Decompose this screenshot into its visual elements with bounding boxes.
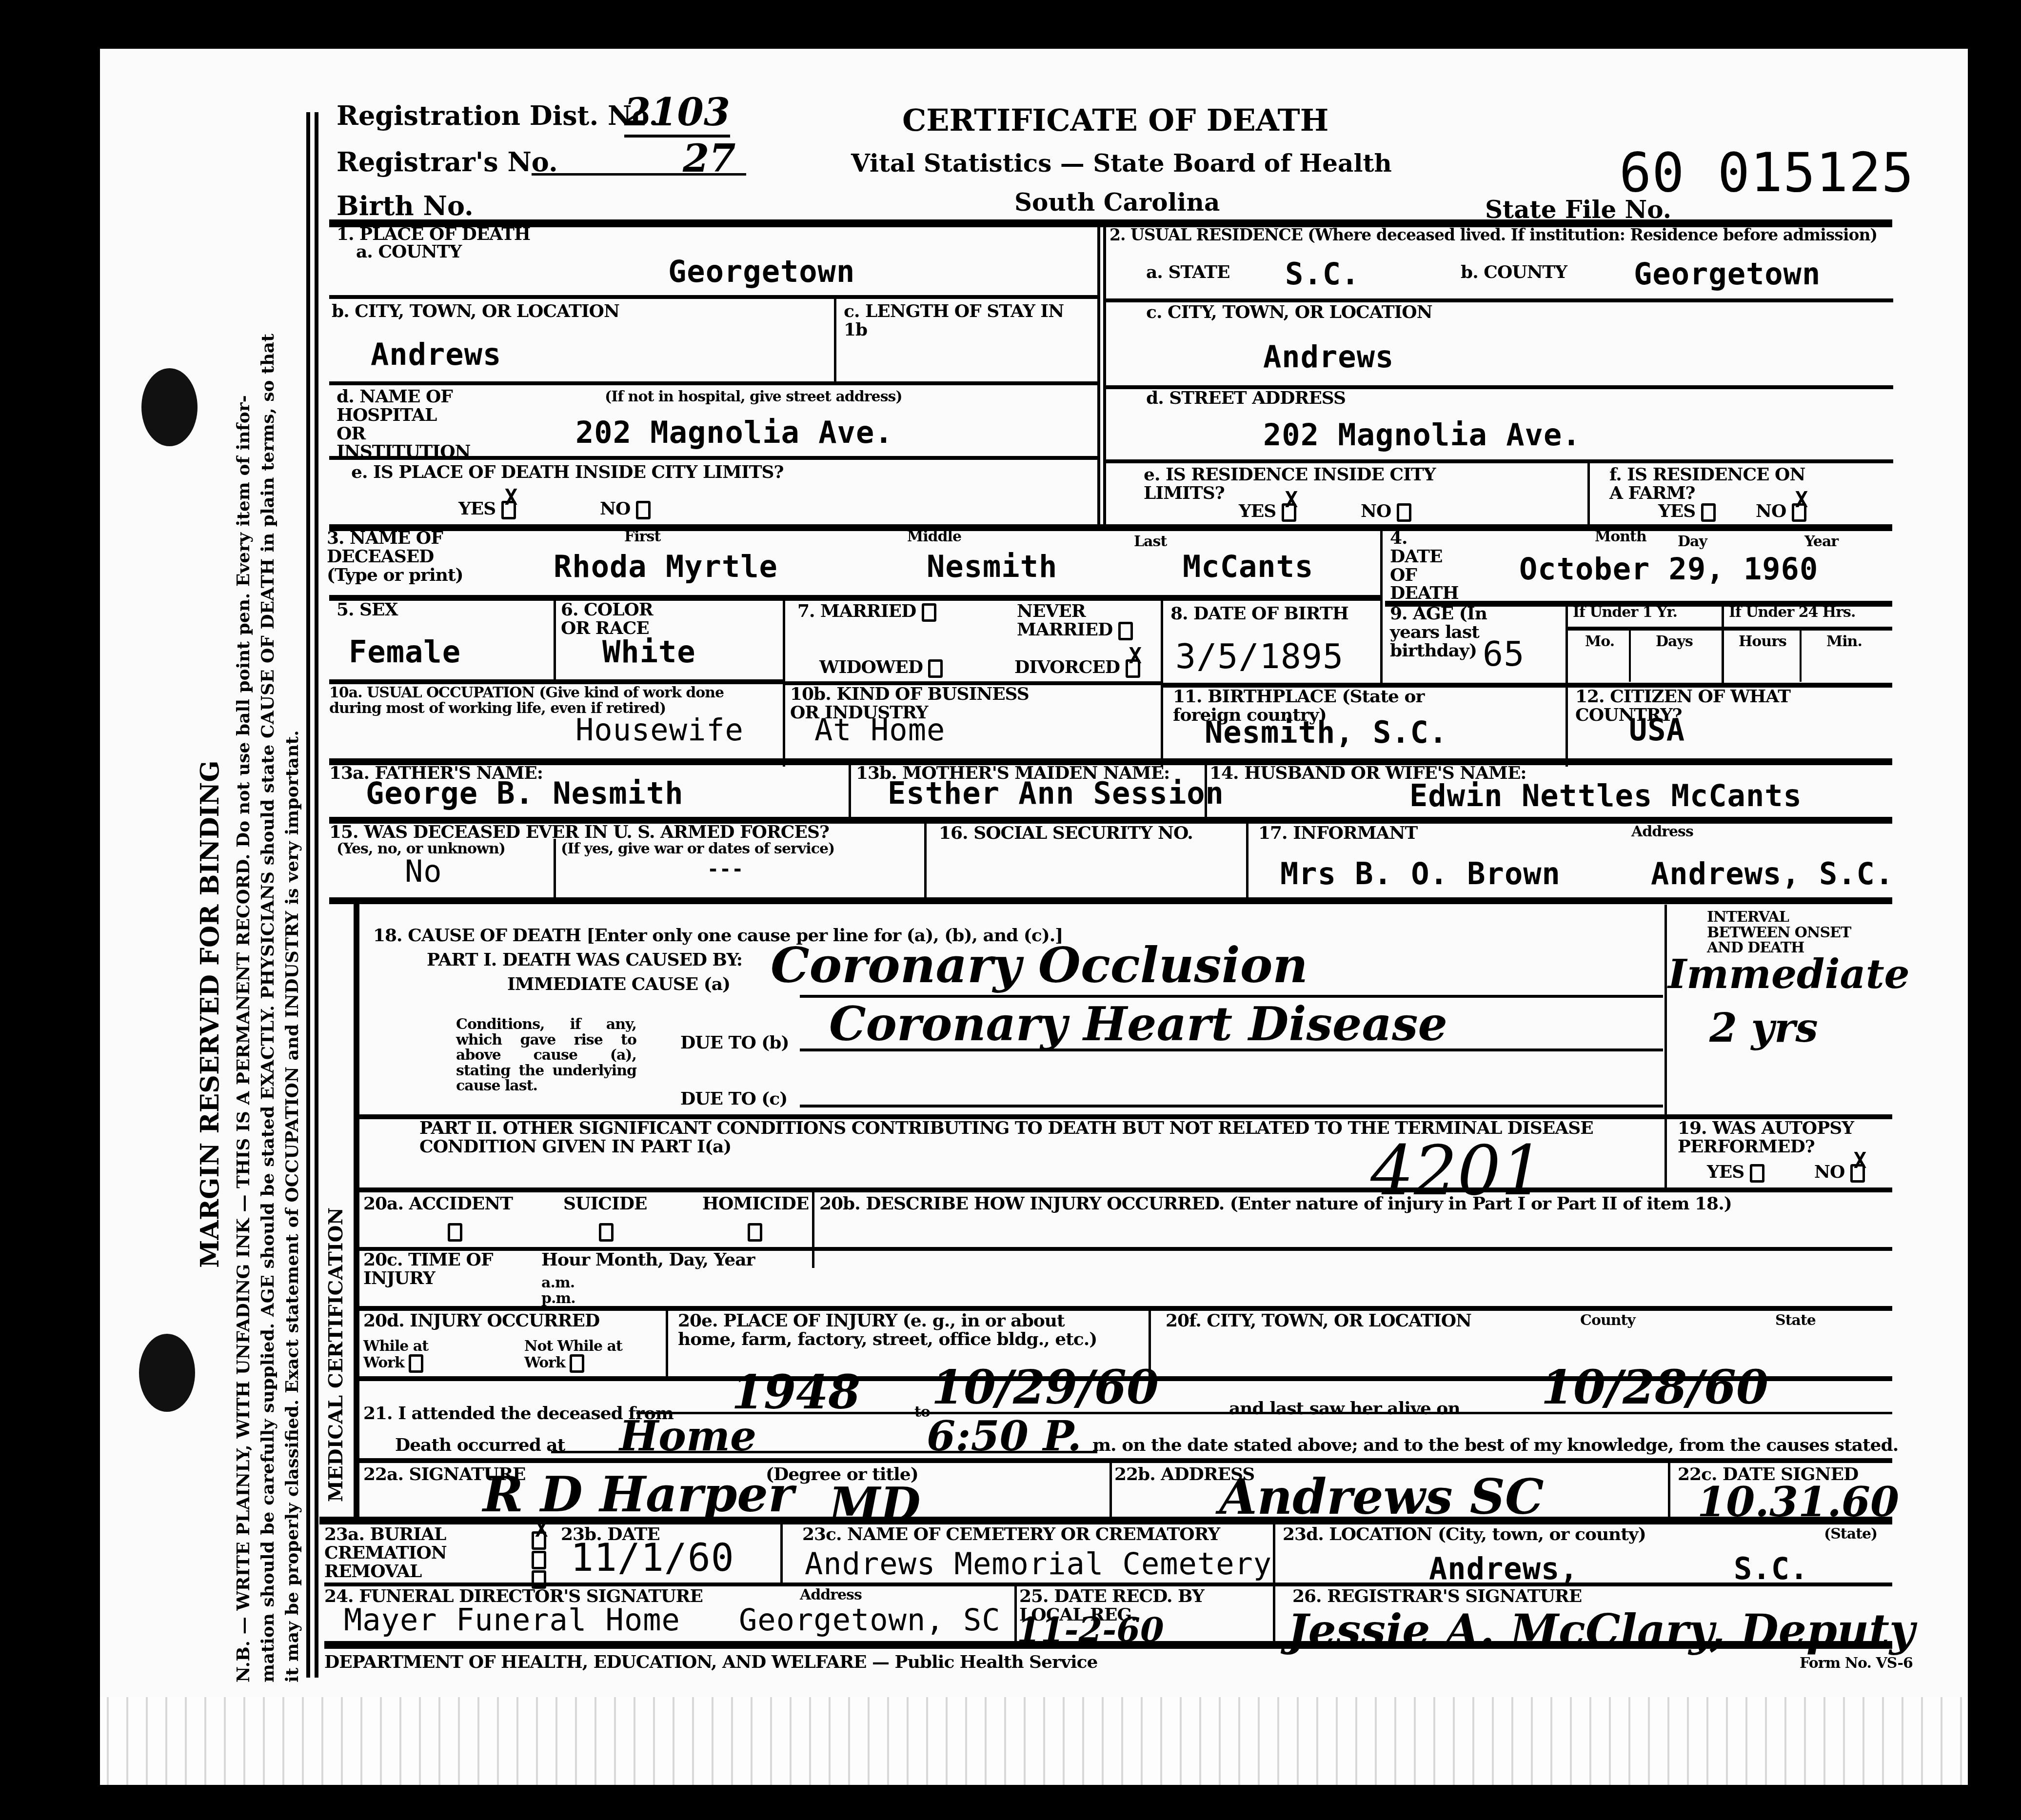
burial-state-label: (State): [1824, 1526, 1877, 1542]
certificate-state: South Carolina: [1014, 188, 1220, 217]
col-rule: [924, 823, 927, 899]
part-1-label: PART I. DEATH WAS CAUSED BY:: [427, 951, 742, 969]
state-file-number: 60 015125: [1619, 141, 1914, 204]
residence-farm-label: f. IS RESIDENCE ON A FARM?: [1609, 466, 1814, 503]
while-at-work-option[interactable]: While at Work: [363, 1339, 461, 1373]
due-to-b-value: Coronary Heart Disease: [829, 997, 1447, 1051]
section-divider: [324, 1641, 1892, 1649]
checkbox[interactable]: [1701, 503, 1716, 522]
cause-c-line: [800, 1105, 1663, 1108]
days-label: Days: [1656, 634, 1693, 650]
informant-label: 17. INFORMANT: [1258, 824, 1417, 843]
accident-checkbox[interactable]: [448, 1223, 462, 1242]
director-address-label: Address: [800, 1587, 862, 1603]
burial-type-label: 23a. BURIAL CREMATION REMOVAL: [324, 1525, 476, 1581]
registration-dist-label: Registration Dist. No.: [337, 100, 658, 131]
months-label: Mo.: [1585, 634, 1614, 650]
time-columns-label: Hour Month, Day, Year: [541, 1251, 754, 1269]
col-rule: [812, 1190, 814, 1268]
col-rule: [554, 839, 556, 900]
date-of-birth-label: 8. DATE OF BIRTH: [1170, 605, 1348, 623]
checkbox[interactable]: [1118, 622, 1133, 640]
spouse-value: Edwin Nettles McCants: [1409, 778, 1802, 813]
last-saw-label: and last saw her alive on: [1229, 1400, 1460, 1418]
deceased-first-middle: Rhoda Myrtle: [554, 549, 778, 584]
death-city-label: b. CITY, TOWN, OR LOCATION: [332, 302, 619, 321]
farm-no-option[interactable]: NO: [1756, 502, 1806, 522]
first-name-label: First: [624, 529, 660, 545]
col-rule: [1722, 601, 1724, 684]
row-rule: [1103, 459, 1893, 463]
residence-city-value: Andrews: [1263, 339, 1394, 375]
burial-date-value: 11/1/60: [571, 1536, 734, 1580]
col-rule: [1800, 631, 1802, 682]
color-race-label: 6. COLOR OR RACE: [561, 601, 678, 638]
section-1-2-divider-b: [1103, 224, 1106, 527]
death-occurred-at-label: Death occurred at: [395, 1436, 565, 1455]
attended-to-value: 10/29/60: [931, 1361, 1159, 1415]
row-rule: [329, 381, 1100, 385]
ssn-label: 16. SOCIAL SECURITY NO.: [939, 824, 1193, 843]
col-rule: [1246, 823, 1248, 899]
col-rule: [554, 601, 556, 681]
mother-value: Esther Ann Session: [888, 775, 1224, 811]
row-rule: [329, 679, 783, 684]
service-hint: (If yes, give war or dates of service): [561, 841, 834, 857]
widowed-option[interactable]: WIDOWED: [819, 658, 943, 678]
under-1-year-label: If Under 1 Yr.: [1573, 605, 1677, 620]
checkbox[interactable]: [570, 1354, 584, 1373]
stay-divider: [834, 298, 836, 381]
registration-dist-value: 2103: [624, 90, 730, 138]
section-divider: [329, 524, 1892, 531]
autopsy-label: 19. WAS AUTOPSY PERFORMED?: [1678, 1119, 1868, 1156]
row-rule: [329, 595, 1380, 601]
col-rule: [1110, 1461, 1112, 1517]
citizenship-value: USA: [1629, 712, 1685, 748]
armed-forces-value: No: [405, 853, 442, 889]
left-double-rule-a: [306, 112, 310, 1678]
medical-left-rule: [354, 902, 359, 1522]
farm-divider: [1587, 462, 1590, 526]
row-rule: [329, 456, 1100, 460]
year-label: Year: [1804, 534, 1838, 550]
checkbox-checked[interactable]: [1792, 503, 1806, 522]
cemetery-value: Andrews Memorial Cemetery: [805, 1546, 1272, 1582]
due-to-c-label: DUE TO (c): [680, 1090, 787, 1108]
father-value: George B. Nesmith: [366, 775, 684, 811]
certificate-subtitle: Vital Statistics — State Board of Health: [851, 149, 1392, 178]
checkbox[interactable]: [928, 659, 943, 678]
sex-value: Female: [349, 634, 461, 670]
death-city-value: Andrews: [371, 336, 501, 372]
row-rule: [329, 295, 1100, 299]
department-footer: DEPARTMENT OF HEALTH, EDUCATION, AND WEL…: [324, 1653, 1097, 1672]
street-address-value: 202 Magnolia Ave.: [1263, 417, 1581, 453]
death-time-suffix: m. on the date stated above; and to the …: [1092, 1436, 1898, 1455]
last-saw-value: 10/28/60: [1541, 1361, 1768, 1415]
color-race-value: White: [602, 634, 696, 670]
director-address-value: Georgetown, SC: [739, 1602, 1001, 1638]
burial-location-label: 23d. LOCATION (City, town, or county): [1283, 1525, 1646, 1544]
service-value: ---: [707, 858, 744, 881]
col-rule: [1205, 763, 1207, 819]
row-rule: [1568, 627, 1892, 631]
binding-margin-label: MARGIN RESERVED FOR BINDING: [195, 634, 225, 1268]
place-of-injury-label: 20e. PLACE OF INJURY (e. g., in or about…: [678, 1312, 1117, 1349]
col-rule: [1668, 1461, 1670, 1517]
accident-label: 20a. ACCIDENT: [363, 1195, 513, 1213]
farm-yes-option[interactable]: YES: [1658, 502, 1716, 522]
residence-city-label: c. CITY, TOWN, OR LOCATION: [1146, 303, 1432, 322]
physician-signature: R D Harper: [483, 1465, 794, 1523]
interval-divider: [1664, 905, 1667, 1192]
instructions-line-3: it may be properly classified. Exact sta…: [282, 707, 302, 1682]
deceased-name-label: 3. NAME OF DECEASED (Type or print): [327, 529, 473, 584]
occupation-value: Housewife: [575, 712, 744, 748]
residence-inside-no-option[interactable]: NO: [1361, 502, 1411, 522]
homicide-checkbox[interactable]: [748, 1223, 762, 1242]
am-pm-label: a.m. p.m.: [541, 1275, 571, 1306]
time-of-injury-label: 20c. TIME OF INJURY: [363, 1251, 510, 1288]
burial-location-value: Andrews,: [1429, 1551, 1579, 1586]
instructions-line-1: N.B. — WRITE PLAINLY, WITH UNFADING INK …: [233, 122, 254, 1682]
occupation-label: 10a. USUAL OCCUPATION (Give kind of work…: [329, 685, 768, 716]
under-24-hours-label: If Under 24 Hrs.: [1729, 605, 1855, 620]
deceased-middle-value: Nesmith: [927, 549, 1057, 584]
autopsy-yes-option[interactable]: YES: [1707, 1163, 1764, 1183]
day-label: Day: [1678, 534, 1707, 550]
date-of-death-label: 4. DATE OF DEATH: [1390, 529, 1463, 603]
last-name-label: Last: [1134, 534, 1167, 550]
instructions-line-2: mation should be carefully supplied. AGE…: [258, 122, 278, 1682]
residence-inside-yes-option[interactable]: YES: [1239, 502, 1296, 522]
checkbox[interactable]: [1397, 503, 1411, 522]
registrars-no-label: Registrar's No.: [337, 146, 558, 178]
informant-address-value: Andrews, S.C.: [1651, 856, 1894, 891]
row-rule: [356, 1458, 1892, 1463]
street-address-label: d. STREET ADDRESS: [1146, 389, 1346, 408]
checkbox[interactable]: [1750, 1164, 1764, 1183]
immediate-cause-value: Coronary Occlusion: [771, 936, 1308, 994]
length-of-stay-label: c. LENGTH OF STAY IN 1b: [844, 302, 1073, 339]
immediate-cause-label: IMMEDIATE CAUSE (a): [507, 975, 730, 994]
usual-residence-label: 2. USUAL RESIDENCE (Where deceased lived…: [1110, 227, 1895, 244]
checkbox-checked[interactable]: [501, 501, 516, 519]
checkbox-checked[interactable]: [1850, 1164, 1865, 1183]
interval-a-value: Immediate: [1668, 951, 1910, 998]
age-value: 65: [1483, 634, 1525, 674]
col-rule: [780, 1522, 783, 1583]
left-double-rule-b: [315, 112, 318, 1678]
col-rule: [666, 1309, 668, 1378]
hours-label: Hours: [1739, 634, 1786, 650]
col-rule: [1629, 631, 1631, 682]
checkbox-checked[interactable]: [1126, 659, 1140, 678]
informant-value: Mrs B. O. Brown: [1280, 856, 1561, 891]
date-of-death-value: October 29, 1960: [1519, 551, 1818, 587]
punch-hole-top: [141, 368, 198, 446]
county-label: a. COUNTY: [356, 243, 461, 261]
death-inside-yes-option[interactable]: YES: [458, 500, 516, 519]
death-county-value: Georgetown: [668, 254, 855, 289]
never-married-option[interactable]: NEVER MARRIED: [1017, 602, 1158, 640]
cremation-checkbox[interactable]: [532, 1551, 546, 1569]
scan-edge: [100, 1697, 1968, 1785]
interval-label: INTERVAL BETWEEN ONSET AND DEATH: [1707, 910, 1858, 956]
injury-state-label: State: [1775, 1313, 1816, 1328]
col-rule: [1380, 601, 1383, 681]
checkbox[interactable]: [922, 603, 936, 622]
residence-county-value: Georgetown: [1634, 256, 1821, 292]
registrars-no-value: 27: [683, 137, 736, 181]
certificate-title: CERTIFICATE OF DEATH: [902, 102, 1328, 138]
section-divider: [329, 897, 1892, 904]
row-rule: [356, 1187, 1892, 1192]
birth-no-label: Birth No.: [337, 190, 474, 221]
cemetery-label: 23c. NAME OF CEMETERY OR CREMATORY: [802, 1525, 1220, 1544]
injury-occurred-label: 20d. INJURY OCCURRED: [363, 1312, 599, 1330]
due-to-b-label: DUE TO (b): [680, 1034, 789, 1052]
not-while-at-work-option[interactable]: Not While at Work: [524, 1339, 651, 1373]
burial-state-value: S.C.: [1734, 1551, 1808, 1586]
homicide-label: HOMICIDE: [702, 1195, 809, 1213]
suicide-checkbox[interactable]: [599, 1223, 614, 1242]
autopsy-no-option[interactable]: NO: [1814, 1163, 1865, 1183]
residence-state-value: S.C.: [1285, 256, 1360, 292]
section-1-2-divider-a: [1097, 224, 1100, 527]
death-occurred-at-value: Home: [619, 1412, 756, 1461]
birthplace-value: Nesmith, S.C.: [1205, 714, 1447, 750]
sex-label: 5. SEX: [337, 601, 397, 619]
minutes-label: Min.: [1826, 634, 1862, 650]
punch-hole-bottom: [139, 1334, 195, 1412]
suicide-label: SUICIDE: [563, 1195, 647, 1213]
conditions-label: Conditions, if any, which gave rise to a…: [456, 1017, 636, 1094]
divorced-option[interactable]: DIVORCED: [1014, 658, 1140, 678]
month-label: Month: [1595, 529, 1646, 545]
residence-county-label: b. COUNTY: [1461, 263, 1567, 282]
describe-injury-label: 20b. DESCRIBE HOW INJURY OCCURRED. (Ente…: [819, 1195, 1732, 1213]
checkbox-checked[interactable]: [1282, 503, 1296, 522]
date-of-birth-value: 3/5/1895: [1175, 636, 1344, 676]
form-number: Form No. VS-6: [1800, 1656, 1913, 1671]
checkbox[interactable]: [636, 501, 651, 519]
armed-forces-label: 15. WAS DECEASED EVER IN U. S. ARMED FOR…: [329, 823, 829, 842]
interval-b-value: 2 yrs: [1709, 1005, 1818, 1051]
checkbox[interactable]: [409, 1354, 423, 1373]
informant-address-label: Address: [1631, 824, 1693, 840]
death-time-value: 6:50 P.: [927, 1412, 1082, 1461]
residence-state-label: a. STATE: [1146, 263, 1229, 282]
injury-city-label: 20f. CITY, TOWN, OR LOCATION: [1166, 1312, 1471, 1330]
married-option[interactable]: 7. MARRIED: [797, 602, 936, 622]
injury-county-label: County: [1580, 1313, 1635, 1328]
business-value: At Home: [814, 712, 945, 748]
hospital-hint: (If not in hospital, give street address…: [605, 389, 902, 405]
hospital-label: d. NAME OF HOSPITAL OR INSTITUTION: [337, 388, 463, 461]
funeral-director-value: Mayer Funeral Home: [344, 1602, 680, 1638]
section-divider: [319, 1517, 1892, 1524]
deceased-last-value: McCants: [1183, 549, 1313, 584]
burial-checkbox[interactable]: [532, 1531, 546, 1550]
col-rule: [849, 763, 851, 817]
death-inside-no-option[interactable]: NO: [600, 500, 651, 519]
registrar-signature-label: 26. REGISTRAR'S SIGNATURE: [1292, 1587, 1582, 1606]
citizenship-label: 12. CITIZEN OF WHAT COUNTRY?: [1575, 688, 1829, 725]
medical-certification-label: MEDICAL CERTIFICATION: [324, 1063, 347, 1502]
hospital-value: 202 Magnolia Ave.: [575, 415, 893, 450]
inside-city-limits-label: e. IS PLACE OF DEATH INSIDE CITY LIMITS?: [351, 463, 784, 482]
middle-name-label: Middle: [907, 529, 961, 545]
